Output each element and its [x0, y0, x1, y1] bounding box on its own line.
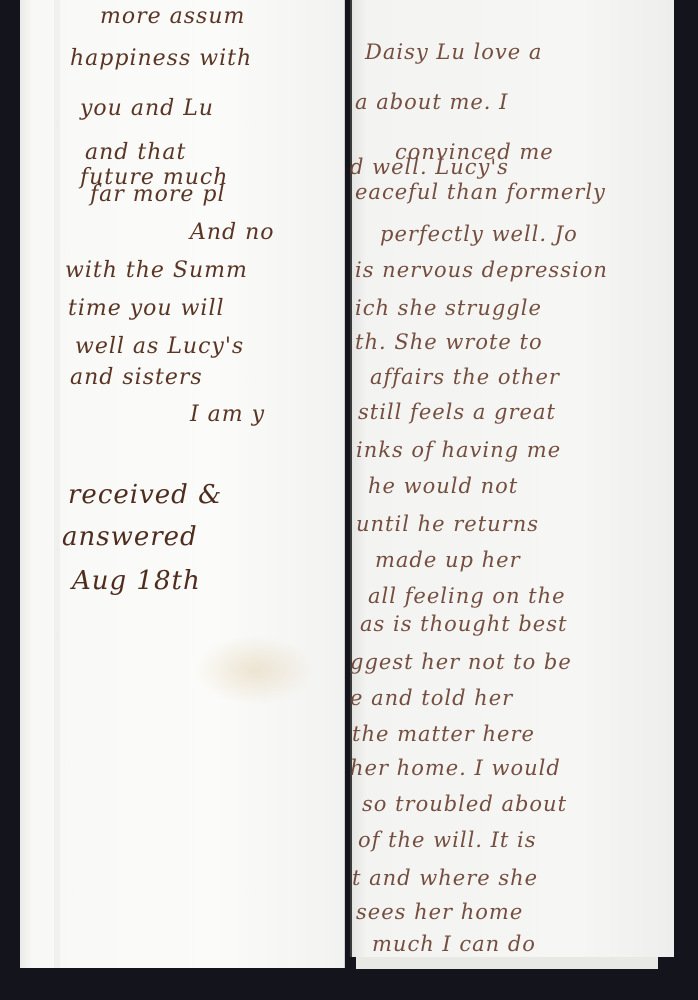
left-line: time you will: [68, 296, 225, 321]
right-line: inks of having me: [356, 438, 561, 462]
right-line: sees her home: [356, 900, 523, 924]
right-line: t and where she: [352, 866, 538, 890]
left-line: far more pl: [90, 182, 226, 207]
left-line: more assum: [100, 4, 245, 29]
answered-annotation: answered: [62, 522, 198, 552]
right-line: he would not: [368, 474, 518, 498]
right-line: until he returns: [356, 512, 539, 536]
right-line: so troubled about: [362, 792, 567, 816]
paper-stain: [195, 635, 315, 705]
right-line: the matter here: [352, 722, 535, 746]
right-line: ggest her not to be: [350, 650, 572, 674]
left-line: with the Summ: [65, 258, 248, 283]
right-line: much I can do: [372, 932, 536, 956]
right-line: e and told her: [350, 686, 513, 710]
page-fold-shadow: [54, 0, 60, 968]
right-line: d well. Lucy's: [350, 155, 509, 179]
left-line: And no: [190, 220, 275, 245]
right-line: is nervous depression: [355, 258, 608, 282]
left-line: you and Lu: [80, 96, 214, 121]
right-line: made up her: [375, 548, 521, 572]
right-line: all feeling on the: [368, 584, 566, 608]
right-line: affairs the other: [370, 365, 560, 389]
received-annotation: received &: [68, 480, 222, 510]
left-line: and sisters: [70, 365, 203, 390]
right-line: a about me. I: [355, 90, 508, 114]
left-line: well as Lucy's: [75, 334, 244, 359]
folded-page-edge: [356, 957, 658, 969]
right-line: still feels a great: [358, 400, 556, 424]
right-line: as is thought best: [360, 612, 567, 636]
right-line: perfectly well. Jo: [380, 222, 578, 246]
right-line: ich she struggle: [355, 296, 542, 320]
left-line: happiness with: [70, 46, 252, 71]
right-line: Daisy Lu love a: [365, 40, 542, 64]
right-line: th. She wrote to: [355, 330, 543, 354]
right-line: eaceful than formerly: [355, 180, 606, 204]
right-line: her home. I would: [350, 756, 561, 780]
left-line: I am y: [190, 402, 265, 427]
left-line: and that: [85, 140, 186, 165]
right-line: of the will. It is: [358, 828, 537, 852]
date-annotation: Aug 18th: [72, 566, 201, 596]
